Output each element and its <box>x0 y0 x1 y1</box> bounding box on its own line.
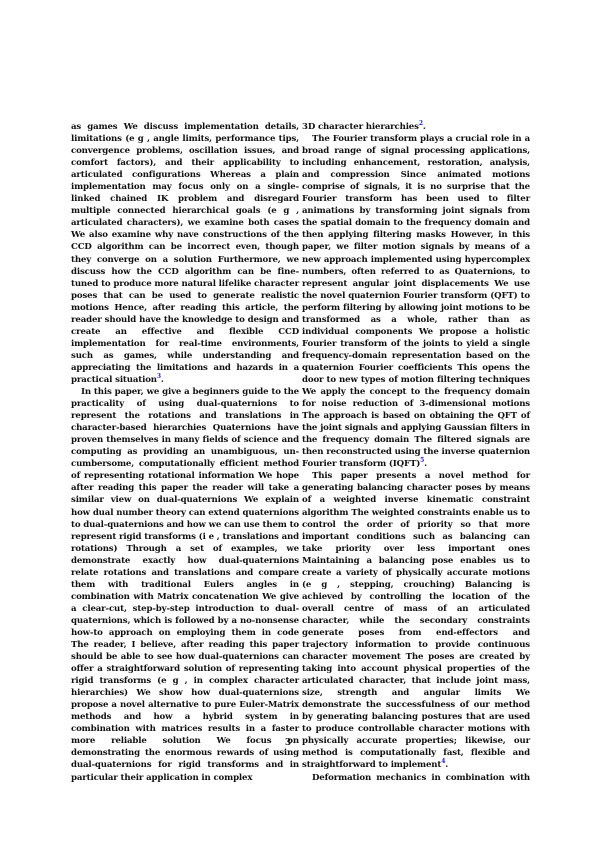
paragraph-text: This paper presents a novel method for g… <box>302 471 530 770</box>
paragraph-fourier-transform: The Fourier transform plays a crucial ro… <box>302 133 530 470</box>
period: . <box>424 459 427 469</box>
paper-page: as games We discuss implementation detai… <box>0 0 595 842</box>
paragraph-text: as games We discuss implementation detai… <box>71 122 299 385</box>
left-column: as games We discuss implementation detai… <box>71 121 299 784</box>
paragraph-implementation-details: as games We discuss implementation detai… <box>71 121 299 386</box>
paragraph-text: In this paper, we give a beginners guide… <box>71 387 299 783</box>
paragraph-text: Deformation mechanics in combination wit… <box>312 773 530 783</box>
paragraph-continuation: 3D character hierarchies2. <box>302 121 530 133</box>
paragraph-dual-quaternions: In this paper, we give a beginners guide… <box>71 386 299 784</box>
paragraph-text: The Fourier transform plays a crucial ro… <box>302 134 530 469</box>
period: . <box>423 122 426 132</box>
paragraph-deformation-mechanics: Deformation mechanics in combination wit… <box>302 772 530 784</box>
paragraph-balancing-poses: This paper presents a novel method for g… <box>302 470 530 771</box>
page-number: 3 <box>282 738 294 748</box>
period: . <box>161 375 164 385</box>
paragraph-text: 3D character hierarchies <box>302 122 419 132</box>
right-column: 3D character hierarchies2. The Fourier t… <box>302 121 530 784</box>
period: . <box>445 760 448 770</box>
